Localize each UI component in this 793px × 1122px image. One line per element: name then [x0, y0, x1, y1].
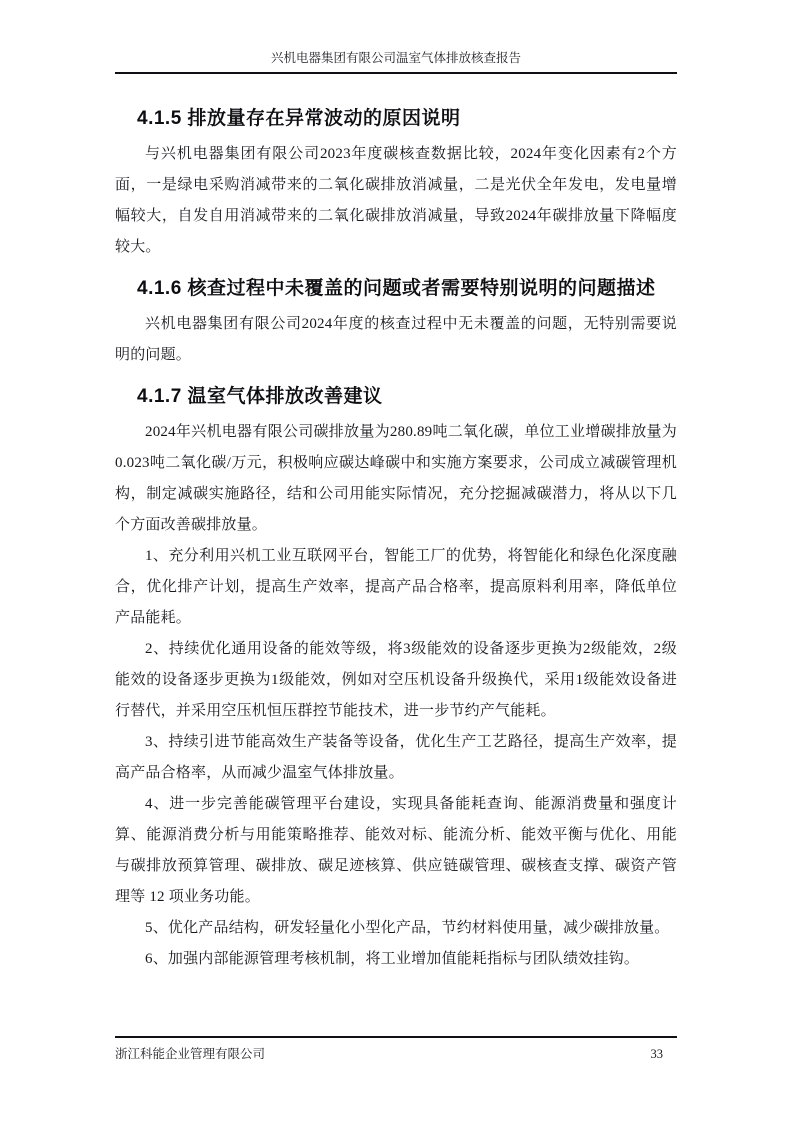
paragraph: 2、持续优化通用设备的能效等级，将3级能效的设备逐步更换为2级能效，2级能效的设…: [115, 634, 677, 727]
report-section: 4.1.6 核查过程中未覆盖的问题或者需要特别说明的问题描述 兴机电器集团有限公…: [115, 275, 677, 371]
paragraph: 5、优化产品结构，研发轻量化小型化产品，节约材料使用量，减少碳排放量。: [115, 913, 677, 944]
section-body: 与兴机电器集团有限公司2023年度碳核查数据比较，2024年变化因素有2个方面，…: [115, 139, 677, 263]
header-title: 兴机电器集团有限公司温室气体排放核查报告: [271, 51, 521, 65]
footer-company: 浙江科能企业管理有限公司: [115, 1044, 265, 1062]
paragraph: 与兴机电器集团有限公司2023年度碳核查数据比较，2024年变化因素有2个方面，…: [115, 139, 677, 263]
section-body: 兴机电器集团有限公司2024年度的核查过程中无未覆盖的问题，无特别需要说明的问题…: [115, 309, 677, 371]
page-number: 33: [651, 1047, 678, 1062]
report-section: 4.1.5 排放量存在异常波动的原因说明 与兴机电器集团有限公司2023年度碳核…: [115, 105, 677, 263]
paragraph: 6、加强内部能源管理考核机制，将工业增加值能耗指标与团队绩效挂钩。: [115, 944, 677, 975]
section-heading: 4.1.6 核查过程中未覆盖的问题或者需要特别说明的问题描述: [115, 275, 677, 303]
page-footer: 浙江科能企业管理有限公司 33: [115, 1036, 677, 1062]
report-section: 4.1.7 温室气体排放改善建议 2024年兴机电器有限公司碳排放量为280.8…: [115, 383, 677, 975]
paragraph: 2024年兴机电器有限公司碳排放量为280.89吨二氧化碳，单位工业增碳排放量为…: [115, 417, 677, 541]
page-header: 兴机电器集团有限公司温室气体排放核查报告: [115, 50, 677, 74]
paragraph: 3、持续引进节能高效生产装备等设备，优化生产工艺路径，提高生产效率，提高产品合格…: [115, 727, 677, 789]
paragraph: 兴机电器集团有限公司2024年度的核查过程中无未覆盖的问题，无特别需要说明的问题…: [115, 309, 677, 371]
paragraph: 1、充分利用兴机工业互联网平台，智能工厂的优势，将智能化和绿色化深度融合，优化排…: [115, 541, 677, 634]
document-page: 兴机电器集团有限公司温室气体排放核查报告 4.1.5 排放量存在异常波动的原因说…: [0, 0, 793, 1122]
document-content: 4.1.5 排放量存在异常波动的原因说明 与兴机电器集团有限公司2023年度碳核…: [115, 93, 677, 975]
section-heading: 4.1.5 排放量存在异常波动的原因说明: [115, 105, 677, 133]
section-body: 2024年兴机电器有限公司碳排放量为280.89吨二氧化碳，单位工业增碳排放量为…: [115, 417, 677, 975]
paragraph: 4、进一步完善能碳管理平台建设，实现具备能耗查询、能源消费量和强度计算、能源消费…: [115, 789, 677, 913]
section-heading: 4.1.7 温室气体排放改善建议: [115, 383, 677, 411]
